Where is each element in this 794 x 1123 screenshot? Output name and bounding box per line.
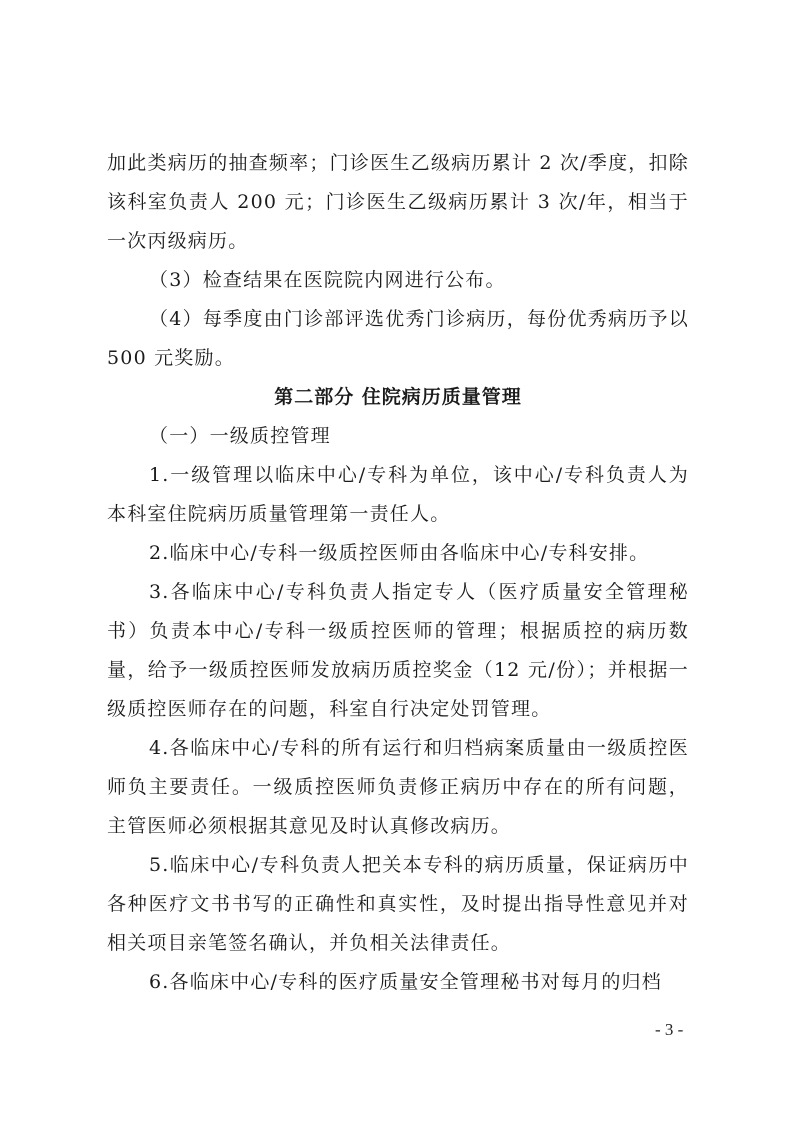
paragraph-item-3: （3）检查结果在医院院内网进行公布。 [107, 261, 689, 300]
document-body: 加此类病历的抽查频率；门诊医生乙级病历累计 2 次/季度，扣除该科室负责人 20… [107, 144, 689, 1002]
paragraph-continuation: 加此类病历的抽查频率；门诊医生乙级病历累计 2 次/季度，扣除该科室负责人 20… [107, 144, 689, 261]
paragraph-item-4: （4）每季度由门诊部评选优秀门诊病历，每份优秀病历予以 500 元奖励。 [107, 300, 689, 378]
paragraph-rule-1: 1.一级管理以临床中心/专科为单位，该中心/专科负责人为本科室住院病历质量管理第… [107, 456, 689, 534]
paragraph-rule-5: 5.临床中心/专科负责人把关本专科的病历质量，保证病历中各种医疗文书书写的正确性… [107, 846, 689, 963]
paragraph-rule-6: 6.各临床中心/专科的医疗质量安全管理秘书对每月的归档 [107, 963, 689, 1002]
paragraph-rule-2: 2.临床中心/专科一级质控医师由各临床中心/专科安排。 [107, 534, 689, 573]
paragraph-rule-4: 4.各临床中心/专科的所有运行和归档病案质量由一级质控医师负主要责任。一级质控医… [107, 729, 689, 846]
document-page: 加此类病历的抽查频率；门诊医生乙级病历累计 2 次/季度，扣除该科室负责人 20… [0, 0, 794, 1123]
page-number: - 3 - [655, 1020, 683, 1040]
section-heading: 第二部分 住院病历质量管理 [107, 378, 689, 417]
paragraph-rule-3: 3.各临床中心/专科负责人指定专人（医疗质量安全管理秘书）负责本中心/专科一级质… [107, 573, 689, 729]
subsection-heading: （一）一级质控管理 [107, 417, 689, 456]
